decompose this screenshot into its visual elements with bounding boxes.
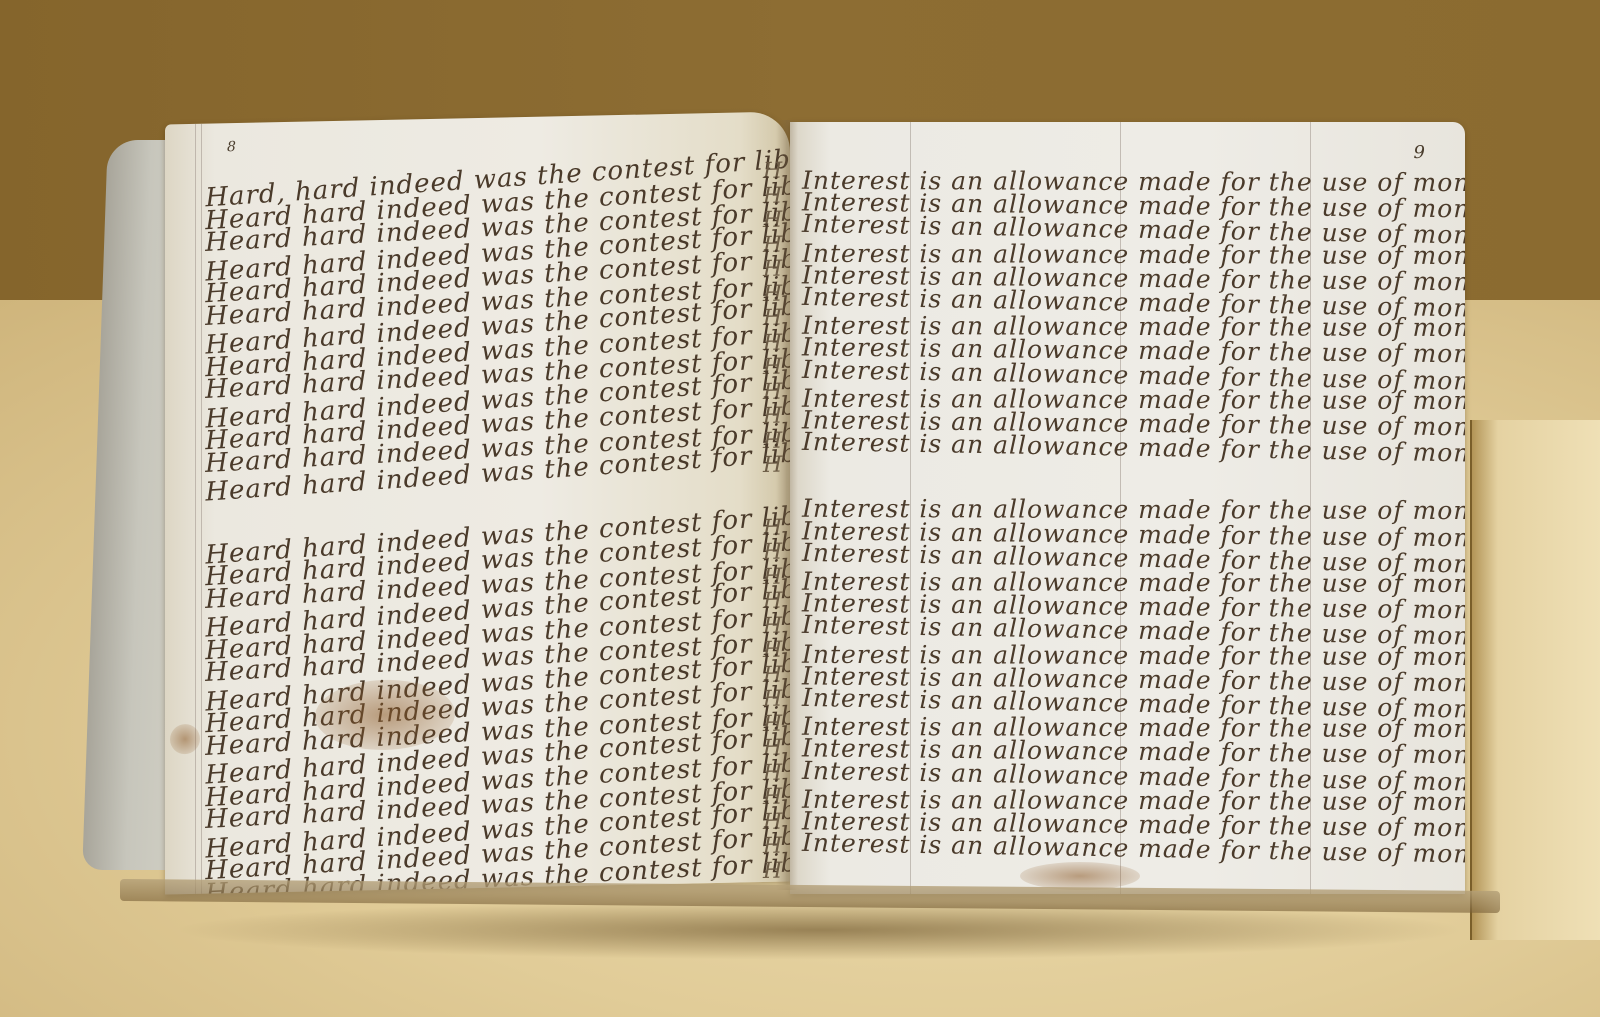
left-page: 8 Hard, hard indeed was the contest for … xyxy=(165,111,790,894)
ink-stain-bottom xyxy=(1020,862,1140,890)
left-margin-rule-2 xyxy=(201,124,202,894)
cushion-fold xyxy=(1470,420,1600,940)
right-page-number: 9 xyxy=(1414,142,1425,163)
right-page: 9 Interest is an allowance made for the … xyxy=(790,122,1465,894)
left-page-number: 8 xyxy=(227,139,236,155)
book-gutter xyxy=(776,120,798,890)
left-margin-rule xyxy=(195,124,196,894)
